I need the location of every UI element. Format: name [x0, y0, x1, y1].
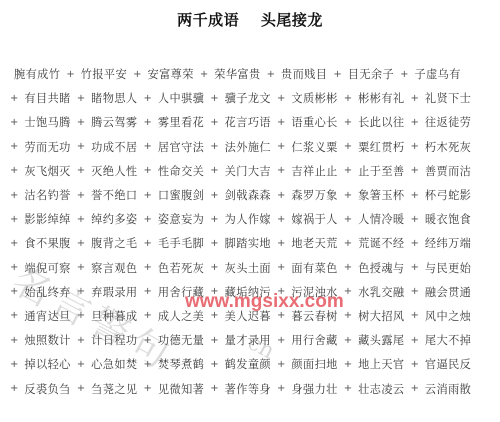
- plus-separator: +: [344, 335, 352, 346]
- idiom-item: 察言观色: [91, 260, 137, 276]
- plus-separator: +: [144, 214, 152, 225]
- plus-separator: +: [411, 117, 419, 128]
- plus-separator: +: [10, 165, 18, 176]
- idiom-item: 誉不绝口: [91, 187, 137, 203]
- idiom-item: 心急如焚: [91, 356, 137, 372]
- plus-separator: +: [277, 310, 285, 321]
- idiom-item: 量才录用: [225, 332, 271, 348]
- plus-separator: +: [277, 383, 285, 394]
- plus-separator: +: [144, 286, 152, 297]
- plus-separator: +: [277, 141, 285, 152]
- idiom-item: 功成不居: [91, 139, 137, 155]
- idiom-item: 往返徒劳: [425, 114, 471, 130]
- idiom-item: 通宵达旦: [24, 308, 70, 324]
- plus-separator: +: [344, 141, 352, 152]
- idiom-item: 成人之美: [158, 308, 204, 324]
- idiom-item: 藏垢纳污: [225, 284, 271, 300]
- idiom-item: 官逼民反: [425, 356, 471, 372]
- plus-separator: +: [144, 359, 152, 370]
- idiom-item: 水乳交融: [358, 284, 404, 300]
- plus-separator: +: [10, 286, 18, 297]
- plus-separator: +: [10, 93, 18, 104]
- idiom-item: 法外施仁: [225, 139, 271, 155]
- plus-separator: +: [411, 93, 419, 104]
- idiom-item: 树大招风: [358, 308, 404, 324]
- plus-separator: +: [10, 117, 18, 128]
- plus-separator: +: [277, 93, 285, 104]
- plus-separator: +: [77, 214, 85, 225]
- idiom-item: 人中骐骥: [158, 90, 204, 106]
- plus-separator: +: [144, 335, 152, 346]
- idiom-item: 目无余子: [348, 66, 394, 82]
- plus-separator: +: [333, 69, 341, 80]
- idiom-row: +有目共睹+睹物思人+人中骐骥+骥子龙文+文质彬彬+彬彬有礼+礼贤下士: [0, 86, 500, 110]
- idiom-item: 影影绰绰: [24, 211, 70, 227]
- plus-separator: +: [210, 262, 218, 273]
- idiom-item: 嫁祸于人: [291, 211, 337, 227]
- idiom-item: 睹物思人: [91, 90, 137, 106]
- plus-separator: +: [344, 165, 352, 176]
- idiom-item: 端倪可察: [24, 260, 70, 276]
- idiom-item: 劳而无功: [24, 139, 70, 155]
- idiom-row: +通宵达旦+旦种暮成+成人之美+美人迟暮+暮云春树+树大招风+风中之烛: [0, 304, 500, 328]
- plus-separator: +: [277, 262, 285, 273]
- plus-separator: +: [210, 93, 218, 104]
- idiom-item: 烛照数计: [24, 332, 70, 348]
- idiom-row: +士饱马腾+腾云驾雾+雾里看花+花言巧语+语重心长+长此以往+往返徒劳: [0, 110, 500, 134]
- plus-separator: +: [77, 165, 85, 176]
- plus-separator: +: [77, 190, 85, 201]
- plus-separator: +: [77, 93, 85, 104]
- plus-separator: +: [344, 117, 352, 128]
- idiom-item: 旦种暮成: [91, 308, 137, 324]
- idiom-item: 士饱马腾: [24, 114, 70, 130]
- page-title: 两千成语 头尾接龙: [0, 9, 500, 30]
- idiom-row: 腕有成竹+竹报平安+安富尊荣+荣华富贵+贵而贱目+目无余子+子虚乌有: [0, 62, 500, 86]
- plus-separator: +: [77, 238, 85, 249]
- plus-separator: +: [344, 190, 352, 201]
- idiom-item: 安富尊荣: [148, 66, 194, 82]
- plus-separator: +: [144, 190, 152, 201]
- plus-separator: +: [277, 335, 285, 346]
- idiom-item: 尾大不掉: [425, 332, 471, 348]
- plus-separator: +: [277, 214, 285, 225]
- plus-separator: +: [344, 286, 352, 297]
- plus-separator: +: [210, 286, 218, 297]
- plus-separator: +: [210, 190, 218, 201]
- idiom-item: 颜面扫地: [291, 356, 337, 372]
- idiom-item: 云消雨散: [425, 381, 471, 397]
- idiom-row: +灰飞烟灭+灭绝人性+性命交关+关门大吉+吉祥止止+止于至善+善贾而沽: [0, 159, 500, 183]
- plus-separator: +: [277, 165, 285, 176]
- plus-separator: +: [344, 310, 352, 321]
- plus-separator: +: [411, 335, 419, 346]
- idiom-item: 食不果腹: [24, 235, 70, 251]
- idiom-row: +影影绰绰+绰约多姿+姿意妄为+为人作嫁+嫁祸于人+人情冷暖+暖衣饱食: [0, 207, 500, 231]
- idiom-item: 身强力壮: [291, 381, 337, 397]
- idiom-row: +始乱终弃+弃瑕录用+用舍行藏+藏垢纳污+污泥浊水+水乳交融+融会贯通: [0, 280, 500, 304]
- idiom-item: 口蜜腹剑: [158, 187, 204, 203]
- idiom-item: 面有菜色: [291, 260, 337, 276]
- idiom-item: 用行舍藏: [291, 332, 337, 348]
- plus-separator: +: [210, 165, 218, 176]
- plus-separator: +: [77, 335, 85, 346]
- plus-separator: +: [10, 262, 18, 273]
- idiom-item: 藏头露尾: [358, 332, 404, 348]
- plus-separator: +: [77, 359, 85, 370]
- idiom-row: +反裘负刍+刍荛之见+见微知著+著作等身+身强力壮+壮志凌云+云消雨散: [0, 376, 500, 400]
- plus-separator: +: [10, 383, 18, 394]
- idiom-item: 姿意妄为: [158, 211, 204, 227]
- plus-separator: +: [344, 93, 352, 104]
- plus-separator: +: [77, 262, 85, 273]
- plus-separator: +: [10, 359, 18, 370]
- idiom-item: 子虚乌有: [415, 66, 461, 82]
- idiom-item: 经纬万端: [425, 235, 471, 251]
- idiom-item: 风中之烛: [425, 308, 471, 324]
- plus-separator: +: [411, 190, 419, 201]
- idiom-item: 暖衣饱食: [425, 211, 471, 227]
- idiom-item: 粟红贯朽: [358, 139, 404, 155]
- idiom-item: 脚踏实地: [225, 235, 271, 251]
- plus-separator: +: [210, 335, 218, 346]
- plus-separator: +: [277, 286, 285, 297]
- idiom-item: 绰约多姿: [91, 211, 137, 227]
- idiom-item: 毛手毛脚: [158, 235, 204, 251]
- idiom-item: 象箸玉杯: [358, 187, 404, 203]
- idiom-item: 荒诞不经: [358, 235, 404, 251]
- plus-separator: +: [344, 214, 352, 225]
- idiom-item: 性命交关: [158, 163, 204, 179]
- plus-separator: +: [77, 141, 85, 152]
- idiom-item: 仁浆义粟: [291, 139, 337, 155]
- plus-separator: +: [411, 359, 419, 370]
- plus-separator: +: [267, 69, 275, 80]
- plus-separator: +: [10, 335, 18, 346]
- idiom-item: 著作等身: [225, 381, 271, 397]
- idiom-item: 彬彬有礼: [358, 90, 404, 106]
- plus-separator: +: [10, 310, 18, 321]
- plus-separator: +: [210, 141, 218, 152]
- idiom-row: +掉以轻心+心急如焚+焚琴煮鹤+鹤发童颜+颜面扫地+地上天官+官逼民反: [0, 352, 500, 376]
- idiom-row: +烛照数计+计日程功+功德无量+量才录用+用行舍藏+藏头露尾+尾大不掉: [0, 328, 500, 352]
- plus-separator: +: [411, 141, 419, 152]
- plus-separator: +: [210, 359, 218, 370]
- idiom-item: 灭绝人性: [91, 163, 137, 179]
- idiom-item: 止于至善: [358, 163, 404, 179]
- idiom-item: 地老天荒: [291, 235, 337, 251]
- plus-separator: +: [144, 141, 152, 152]
- idiom-item: 始乱终弃: [24, 284, 70, 300]
- idiom-item: 与民更始: [425, 260, 471, 276]
- idiom-item: 语重心长: [291, 114, 337, 130]
- idiom-item: 善贾而沽: [425, 163, 471, 179]
- plus-separator: +: [144, 262, 152, 273]
- plus-separator: +: [210, 383, 218, 394]
- idiom-item: 灰飞烟灭: [24, 163, 70, 179]
- plus-separator: +: [210, 214, 218, 225]
- plus-separator: +: [210, 117, 218, 128]
- plus-separator: +: [144, 383, 152, 394]
- idiom-item: 污泥浊水: [291, 284, 337, 300]
- plus-separator: +: [144, 93, 152, 104]
- idiom-item: 暮云春树: [291, 308, 337, 324]
- idiom-row: +沽名钓誉+誉不绝口+口蜜腹剑+剑戟森森+森罗万象+象箸玉杯+杯弓蛇影: [0, 183, 500, 207]
- plus-separator: +: [144, 117, 152, 128]
- idiom-item: 文质彬彬: [291, 90, 337, 106]
- idiom-item: 用舍行藏: [158, 284, 204, 300]
- plus-separator: +: [77, 117, 85, 128]
- idiom-item: 有目共睹: [24, 90, 70, 106]
- plus-separator: +: [344, 383, 352, 394]
- idiom-row: +劳而无功+功成不居+居官守法+法外施仁+仁浆义粟+粟红贯朽+朽木死灰: [0, 135, 500, 159]
- idiom-item: 灰头土面: [225, 260, 271, 276]
- idiom-item: 计日程功: [91, 332, 137, 348]
- plus-separator: +: [77, 310, 85, 321]
- idiom-item: 为人作嫁: [225, 211, 271, 227]
- idiom-item: 礼贤下士: [425, 90, 471, 106]
- plus-separator: +: [344, 262, 352, 273]
- idiom-item: 居官守法: [158, 139, 204, 155]
- plus-separator: +: [144, 238, 152, 249]
- idiom-item: 吉祥止止: [291, 163, 337, 179]
- idiom-row: +食不果腹+腹背之毛+毛手毛脚+脚踏实地+地老天荒+荒诞不经+经纬万端: [0, 231, 500, 255]
- plus-separator: +: [400, 69, 408, 80]
- plus-separator: +: [210, 238, 218, 249]
- idiom-item: 见微知著: [158, 381, 204, 397]
- plus-separator: +: [10, 214, 18, 225]
- idiom-item: 骥子龙文: [225, 90, 271, 106]
- idiom-row: +端倪可察+察言观色+色若死灰+灰头土面+面有菜色+色授魂与+与民更始: [0, 256, 500, 280]
- idiom-item: 掉以轻心: [24, 356, 70, 372]
- idiom-item: 焚琴煮鹤: [158, 356, 204, 372]
- idiom-item: 贵而贱目: [281, 66, 327, 82]
- idiom-item: 腹背之毛: [91, 235, 137, 251]
- plus-separator: +: [144, 310, 152, 321]
- idiom-item: 长此以往: [358, 114, 404, 130]
- idiom-item: 反裘负刍: [24, 381, 70, 397]
- idiom-item: 刍荛之见: [91, 381, 137, 397]
- plus-separator: +: [277, 117, 285, 128]
- idiom-item: 荣华富贵: [214, 66, 260, 82]
- plus-separator: +: [344, 359, 352, 370]
- plus-separator: +: [411, 165, 419, 176]
- idiom-item: 腕有成竹: [14, 66, 60, 82]
- plus-separator: +: [210, 310, 218, 321]
- plus-separator: +: [77, 286, 85, 297]
- idiom-item: 地上天官: [358, 356, 404, 372]
- plus-separator: +: [277, 190, 285, 201]
- idiom-item: 沽名钓誉: [24, 187, 70, 203]
- idiom-item: 剑戟森森: [225, 187, 271, 203]
- plus-separator: +: [10, 141, 18, 152]
- plus-separator: +: [10, 190, 18, 201]
- title-part-2: 头尾接龙: [261, 11, 323, 29]
- idiom-chain-grid: 腕有成竹+竹报平安+安富尊荣+荣华富贵+贵而贱目+目无余子+子虚乌有+有目共睹+…: [0, 62, 500, 401]
- plus-separator: +: [10, 238, 18, 249]
- plus-separator: +: [411, 262, 419, 273]
- idiom-item: 人情冷暖: [358, 211, 404, 227]
- idiom-item: 色若死灰: [158, 260, 204, 276]
- title-part-1: 两千成语: [177, 11, 239, 29]
- idiom-item: 腾云驾雾: [91, 114, 137, 130]
- idiom-item: 美人迟暮: [225, 308, 271, 324]
- idiom-item: 壮志凌云: [358, 381, 404, 397]
- plus-separator: +: [411, 238, 419, 249]
- plus-separator: +: [77, 383, 85, 394]
- idiom-item: 雾里看花: [158, 114, 204, 130]
- idiom-item: 朽木死灰: [425, 139, 471, 155]
- plus-separator: +: [344, 238, 352, 249]
- plus-separator: +: [411, 214, 419, 225]
- idiom-item: 花言巧语: [225, 114, 271, 130]
- idiom-item: 杯弓蛇影: [425, 187, 471, 203]
- idiom-item: 弃瑕录用: [91, 284, 137, 300]
- plus-separator: +: [411, 310, 419, 321]
- plus-separator: +: [133, 69, 141, 80]
- idiom-item: 融会贯通: [425, 284, 471, 300]
- plus-separator: +: [411, 383, 419, 394]
- idiom-item: 森罗万象: [291, 187, 337, 203]
- idiom-item: 竹报平安: [81, 66, 127, 82]
- idiom-item: 鹤发童颜: [225, 356, 271, 372]
- plus-separator: +: [411, 286, 419, 297]
- plus-separator: +: [200, 69, 208, 80]
- plus-separator: +: [66, 69, 74, 80]
- plus-separator: +: [144, 165, 152, 176]
- idiom-item: 关门大吉: [225, 163, 271, 179]
- idiom-item: 功德无量: [158, 332, 204, 348]
- plus-separator: +: [277, 359, 285, 370]
- idiom-item: 色授魂与: [358, 260, 404, 276]
- plus-separator: +: [277, 238, 285, 249]
